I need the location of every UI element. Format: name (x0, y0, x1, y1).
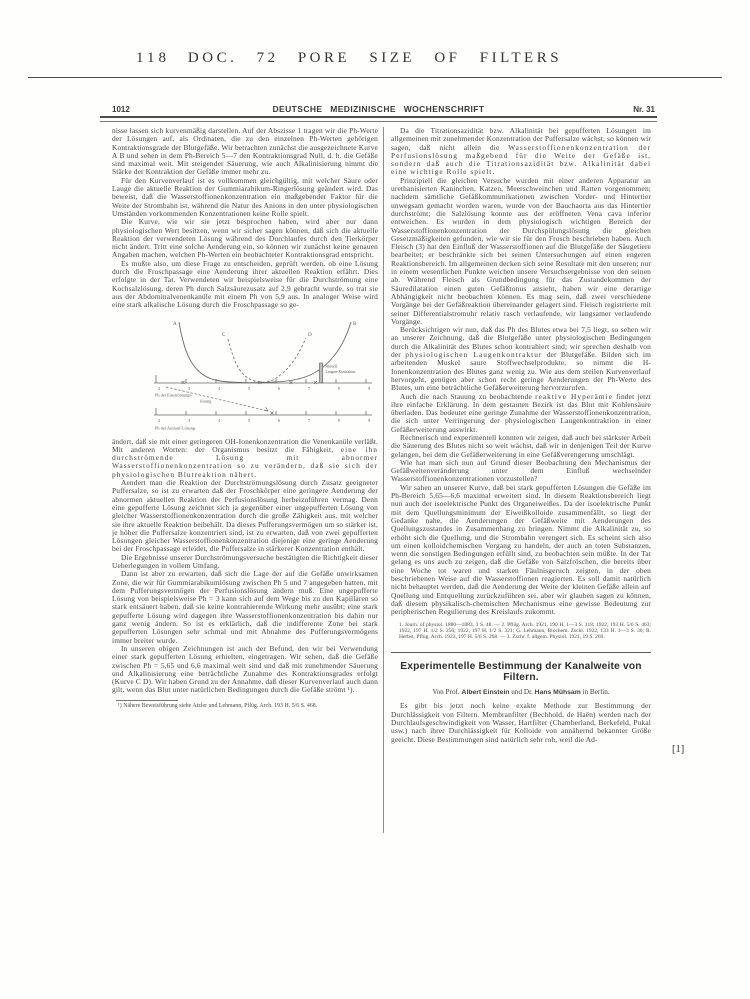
tick-label: 6 (278, 386, 281, 391)
paragraph: Die Kurve, wie wir sie jetzt besprochen … (112, 218, 378, 259)
footnote: ¹) Nähere Beweisführung siehe Atzler und… (118, 703, 378, 710)
axis-inflow-label-line2: lösung (200, 398, 212, 403)
tick-label: 4 (218, 418, 221, 423)
ph-shift-cross (271, 411, 274, 414)
marker-label-line2: Laugen-Kontraktur. (326, 369, 357, 373)
two-column-text-block: nisse lassen sich kurvenmäßig darstellen… (112, 127, 658, 833)
article-byline: Von Prof. Albert Einstein und Dr. Hans M… (391, 688, 651, 696)
tick-label: 9 (368, 418, 370, 423)
paragraph: Es mußte also, um diese Frage zu entsche… (112, 260, 378, 310)
byline-text: in Berlin. (581, 688, 610, 696)
paragraph: Wir sahen an unserer Kurve, daß bei star… (391, 484, 651, 617)
axis-outflow-label: Ph der Auslauf-Lösung (155, 425, 196, 430)
left-column: nisse lassen sich kurvenmäßig darstellen… (112, 127, 378, 833)
byline-text: Von Prof. (432, 688, 461, 696)
curve-label-b: B (353, 321, 357, 327)
margin-note: [1] (672, 744, 684, 755)
tick-label: 9 (368, 386, 370, 391)
paragraph: Auch die nach Stauung zu beobachtende re… (391, 393, 651, 434)
tick-label: 3 (188, 418, 190, 423)
article-title: Experimentelle Bestimmung der Kanalweite… (391, 661, 651, 683)
tick-label: 6 (278, 418, 281, 423)
author-name: Albert Einstein (462, 689, 510, 696)
tick-label: 8 (338, 418, 340, 423)
axis-inflow-label-line1: Ph der Einströmungs- (155, 392, 193, 397)
byline-text: und Dr. (510, 688, 535, 696)
ph-contraction-figure: A B C D Aktuell. Laugen-Kontraktur. 2 3 … (142, 317, 378, 433)
paragraph: Es gibt bis jetzt noch keine exakte Meth… (391, 702, 651, 743)
paragraph: Da die Titrationsazidität bzw. Alkalinit… (391, 127, 651, 177)
tick-label: 3 (188, 386, 190, 391)
marker-label-line1: Aktuell. (326, 364, 339, 368)
paragraph: ändert, daß sie mit einer geringeren OH-… (112, 438, 378, 479)
paragraph: Die Ergebnisse unserer Durchströmungsver… (112, 554, 378, 571)
author-name: Hans Mühsam (535, 689, 581, 696)
ph-shift-arrowhead (264, 407, 268, 411)
tick-label: 5 (248, 418, 250, 423)
curve-cd (228, 338, 306, 382)
tick-label: 8 (338, 386, 340, 391)
tick-label: 7 (308, 418, 311, 423)
masthead-rule (100, 116, 657, 122)
curve-label-c: C (222, 332, 226, 338)
figure-canvas: A B C D Aktuell. Laugen-Kontraktur. 2 3 … (142, 317, 377, 433)
curve-label-a: A (173, 321, 177, 327)
paragraph: nisse lassen sich kurvenmäßig darstellen… (112, 127, 378, 177)
paragraph: Für den Kurvenverlauf ist es vollkommen … (112, 177, 378, 218)
blood-ph-marker (320, 363, 323, 383)
paragraph: Wie hat man sich nun auf Grund dieser Be… (391, 459, 651, 484)
ph-shift-arrow (166, 387, 268, 411)
tick-label: 2 (158, 386, 160, 391)
tick-label: 2 (158, 418, 160, 423)
footnote-rule (116, 700, 178, 701)
journal-masthead: DEUTSCHE MEDIZINISCHE WOCHENSCHRIFT (100, 104, 657, 114)
paragraph: Prinzipiell die gleichen Versuche wurden… (391, 177, 651, 326)
right-column: Da die Titrationsazidität bzw. Alkalinit… (383, 127, 651, 833)
paragraph: In unseren obigen Zeichnungen ist auch d… (112, 645, 378, 695)
scanned-document-page: 118 DOC. 72 PORE SIZE OF FILTERS 1012 DE… (0, 0, 750, 999)
references: 1. Journ. of physiol. 1880—1883, 3 S. 48… (399, 622, 651, 641)
curve-label-d: D (308, 332, 312, 338)
tick-label: 7 (308, 386, 311, 391)
tick-label: 4 (218, 386, 221, 391)
paragraph: Berücksichtigen wir nun, daß das Ph des … (391, 326, 651, 392)
header-rule (28, 77, 722, 78)
paragraph: Aendert man die Reaktion der Durchströmu… (112, 479, 378, 554)
article-filters: Experimentelle Bestimmung der Kanalweite… (391, 652, 651, 743)
journal-issue-number: Nr. 31 (633, 105, 655, 114)
document-heading: DOC. 72 PORE SIZE OF FILTERS (0, 50, 750, 67)
tick-label: 5 (248, 386, 250, 391)
paragraph-text: ändert, daß sie mit einer geringeren OH-… (112, 437, 378, 454)
paragraph: Dann ist aber zu erwarten, daß sich die … (112, 570, 378, 645)
paragraph: Rechnerisch und experimentell konnten wi… (391, 434, 651, 459)
